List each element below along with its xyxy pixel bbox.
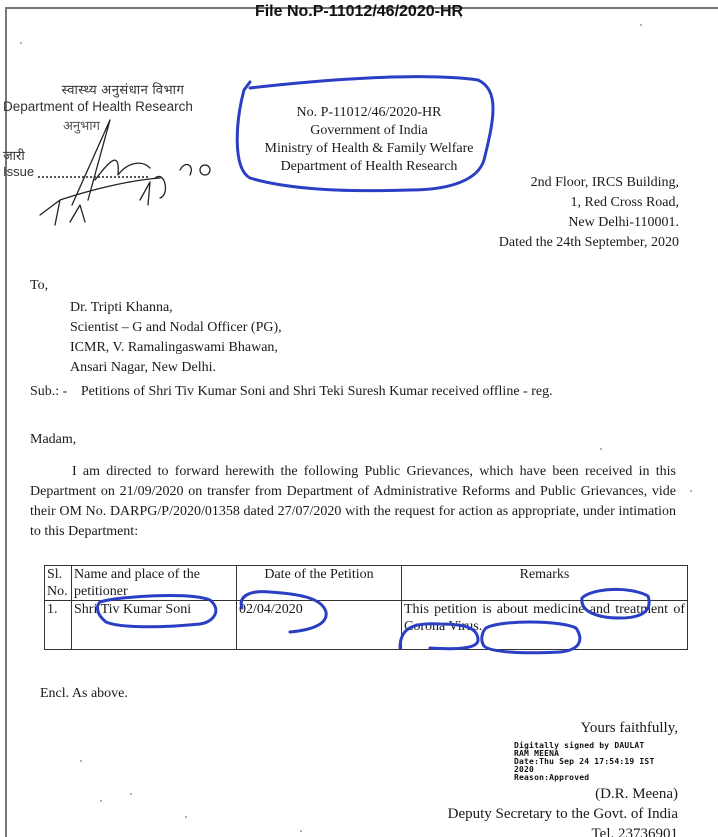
address-line-1: 2nd Floor, IRCS Building, (499, 173, 679, 193)
stamp-english-department: Department of Health Research (3, 99, 223, 114)
cell-sl-no: 1. (45, 601, 72, 650)
stamp-issue-label: Issue (3, 164, 34, 179)
header-remarks: Remarks (402, 566, 688, 601)
letter-date: Dated the 24th September, 2020 (499, 233, 679, 253)
grievances-table: Sl. No. Name and place of the petitioner… (44, 565, 688, 650)
stamp-issue-hindi-label: जारी (3, 148, 25, 163)
subject-line: Sub.: - Petitions of Shri Tiv Kumar Soni… (30, 384, 553, 400)
header-date: Date of the Petition (237, 566, 402, 601)
recipient-office: ICMR, V. Ramalingaswami Bhawan, (70, 338, 282, 358)
subject-label: Sub.: - (30, 384, 67, 399)
digital-signature-block: Digitally signed by DAULAT RAM MEENA Dat… (514, 742, 654, 782)
closing-line: Yours faithfully, (580, 720, 678, 737)
cell-date: 02/04/2020 (237, 601, 402, 650)
digital-signature-line-5: Reason:Approved (514, 774, 654, 782)
table-header-row: Sl. No. Name and place of the petitioner… (45, 566, 688, 601)
address-line-2: 1, Red Cross Road, (499, 193, 679, 213)
cell-name-place: Shri Tiv Kumar Soni (72, 601, 237, 650)
signatory-block: (D.R. Meena) Deputy Secretary to the Gov… (448, 784, 678, 837)
signatory-name: (D.R. Meena) (448, 784, 678, 804)
letterhead-block: No. P-11012/46/2020-HR Government of Ind… (244, 104, 494, 176)
body-paragraph: I am directed to forward herewith the fo… (30, 462, 676, 542)
stamp-issue-row: Issue (3, 164, 223, 179)
stamp-dotted-line (38, 168, 148, 178)
subject-text: Petitions of Shri Tiv Kumar Soni and Shr… (81, 384, 553, 399)
cell-remarks: This petition is about medicine and trea… (402, 601, 688, 650)
department-issue-stamp: स्वास्थ्य अनुसंधान विभाग Department of H… (3, 80, 223, 179)
recipient-block: Dr. Tripti Khanna, Scientist – G and Nod… (70, 298, 282, 378)
recipient-name: Dr. Tripti Khanna, (70, 298, 282, 318)
enclosure-note: Encl. As above. (40, 686, 128, 702)
digital-signature-line-3: Date:Thu Sep 24 17:54:19 IST (514, 758, 654, 766)
stamp-hindi-section: अनुभाग (63, 116, 223, 134)
recipient-location: Ansari Nagar, New Delhi. (70, 358, 282, 378)
salutation: Madam, (30, 432, 76, 448)
sender-address: 2nd Floor, IRCS Building, 1, Red Cross R… (499, 173, 679, 253)
table-row: 1. Shri Tiv Kumar Soni 02/04/2020 This p… (45, 601, 688, 650)
government-name: Government of India (244, 122, 494, 140)
stamp-issue-hindi-row: जारी (3, 146, 223, 164)
ministry-name: Ministry of Health & Family Welfare (244, 140, 494, 158)
signatory-telephone: Tel. 23736901 (448, 824, 678, 837)
signatory-designation: Deputy Secretary to the Govt. of India (448, 804, 678, 824)
department-name: Department of Health Research (244, 158, 494, 176)
file-number-heading: File No.P-11012/46/2020-HR (0, 3, 718, 21)
to-label: To, (30, 278, 48, 294)
header-name-place: Name and place of the petitioner (72, 566, 237, 601)
header-sl-no: Sl. No. (45, 566, 72, 601)
recipient-designation: Scientist – G and Nodal Officer (PG), (70, 318, 282, 338)
address-line-3: New Delhi-110001. (499, 213, 679, 233)
stamp-hindi-department: स्वास्थ्य अनुसंधान विभाग (23, 80, 223, 98)
reference-number: No. P-11012/46/2020-HR (244, 104, 494, 122)
